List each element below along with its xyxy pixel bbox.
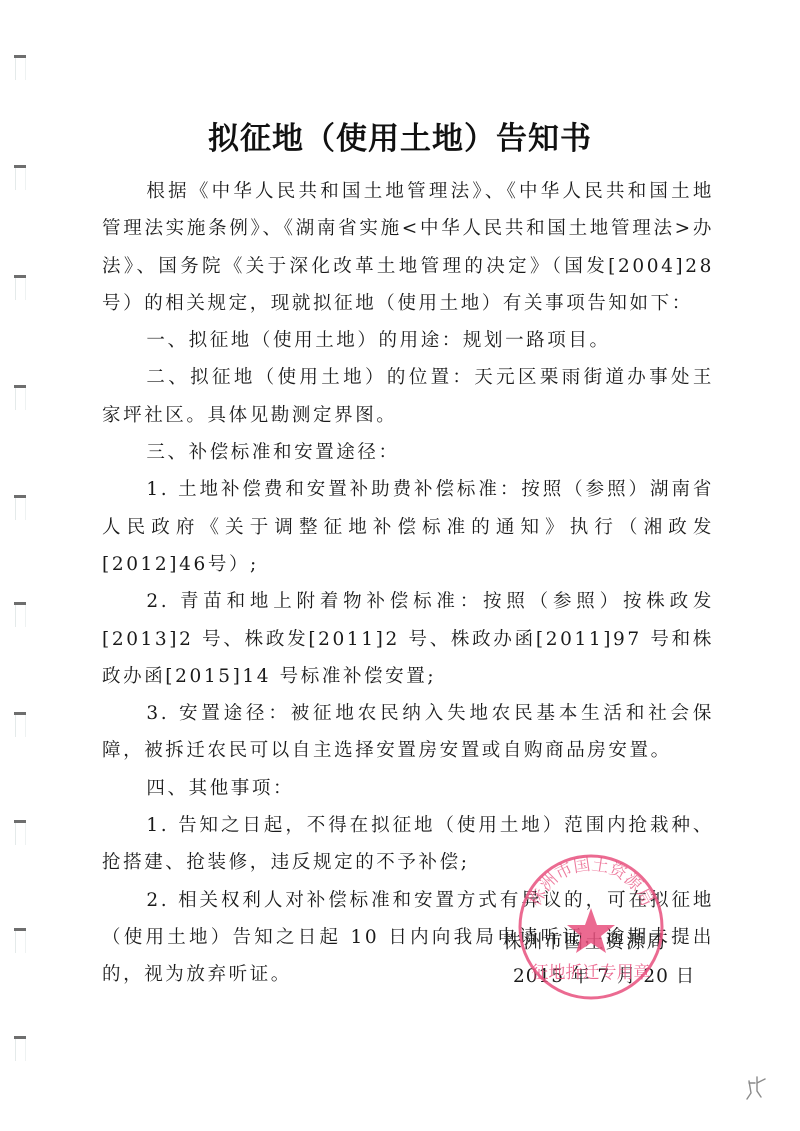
svg-text:株洲市国土资源局: 株洲市国土资源局 bbox=[525, 855, 657, 910]
paragraph-crops-compensation: 2. 青苗和地上附着物补偿标准：按照（参照）按株政发[2013]2 号、株政发[… bbox=[102, 583, 714, 695]
binding-hole-mark bbox=[14, 820, 26, 846]
binding-hole-mark bbox=[14, 1036, 26, 1062]
binding-hole-mark bbox=[14, 602, 26, 628]
section-heading-other: 四、其他事项： bbox=[102, 770, 714, 807]
document-title: 拟征地（使用土地）告知书 bbox=[0, 113, 800, 158]
handwritten-page-number-icon bbox=[745, 1073, 775, 1103]
paragraph-location: 二、拟征地（使用土地）的位置：天元区栗雨街道办事处王家坪社区。具体见勘测定界图。 bbox=[102, 359, 714, 434]
paragraph-land-compensation: 1. 土地补偿费和安置补助费补偿标准：按照（参照）湖南省人民政府《关于调整征地补… bbox=[102, 471, 714, 583]
paragraph-purpose: 一、拟征地（使用土地）的用途：规划一路项目。 bbox=[102, 322, 714, 359]
binding-hole-mark bbox=[14, 712, 26, 738]
binding-hole-mark bbox=[14, 55, 26, 81]
section-heading-compensation: 三、补偿标准和安置途径： bbox=[102, 434, 714, 471]
binding-hole-mark bbox=[14, 928, 26, 954]
binding-hole-mark bbox=[14, 165, 26, 191]
seal-inner-text: 征地拆迁专用章 bbox=[532, 962, 651, 983]
paragraph-resettlement: 3. 安置途径：被征地农民纳入失地农民基本生活和社会保障，被拆迁农民可以自主选择… bbox=[102, 695, 714, 770]
paragraph-legal-basis: 根据《中华人民共和国土地管理法》、《中华人民共和国土地管理法实施条例》、《湖南省… bbox=[102, 173, 714, 322]
binding-hole-mark bbox=[14, 385, 26, 411]
official-seal-icon: 株洲市国土资源局 征地拆迁专用章 bbox=[516, 852, 666, 1002]
binding-hole-mark bbox=[14, 495, 26, 521]
binding-hole-mark bbox=[14, 275, 26, 301]
seal-outer-text: 株洲市国土资源局 bbox=[525, 855, 657, 910]
